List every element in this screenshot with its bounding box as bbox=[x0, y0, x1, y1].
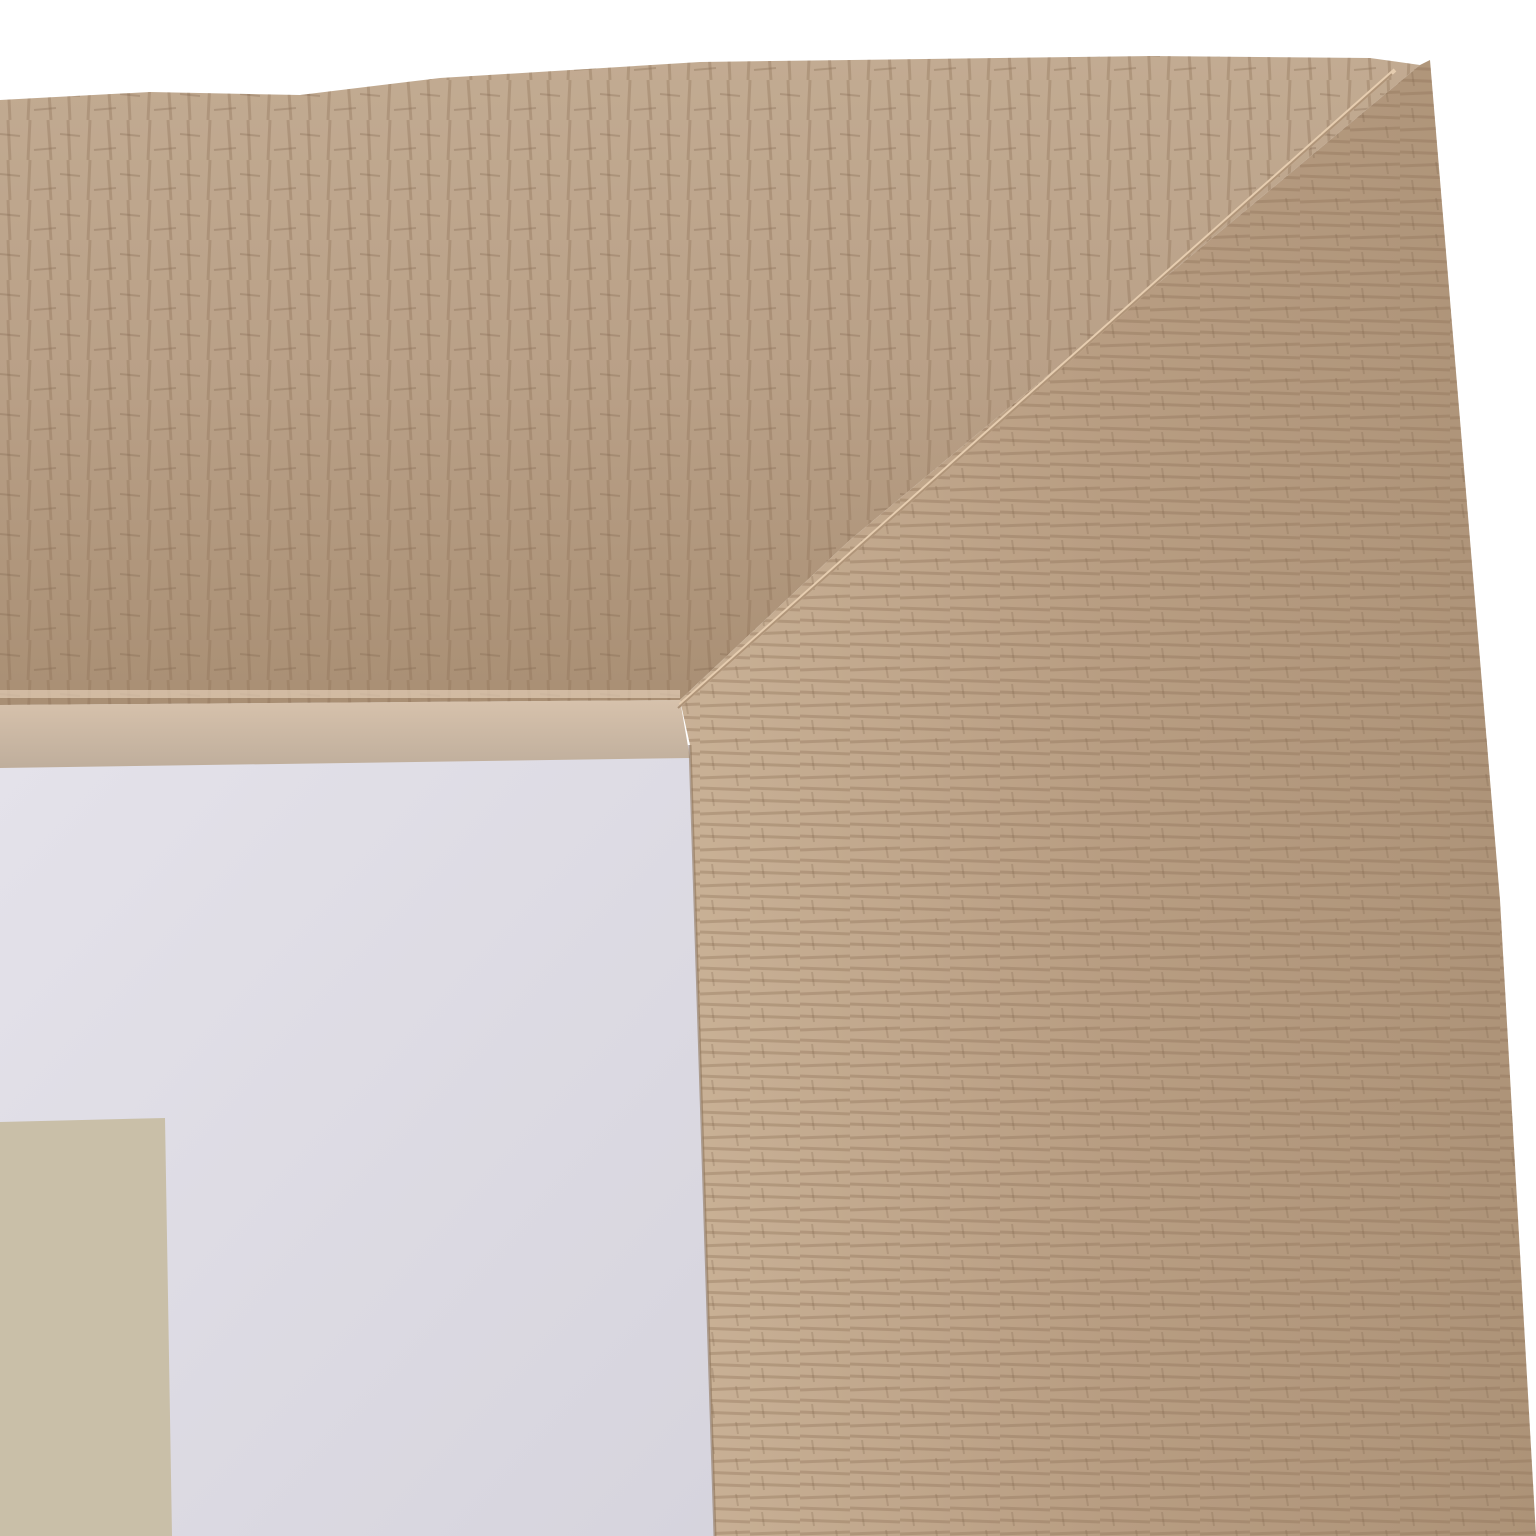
frame-inner-lip bbox=[0, 700, 690, 768]
photo-scene bbox=[0, 0, 1536, 1536]
photo-insert bbox=[0, 1118, 172, 1536]
frame-illustration bbox=[0, 0, 1536, 1536]
